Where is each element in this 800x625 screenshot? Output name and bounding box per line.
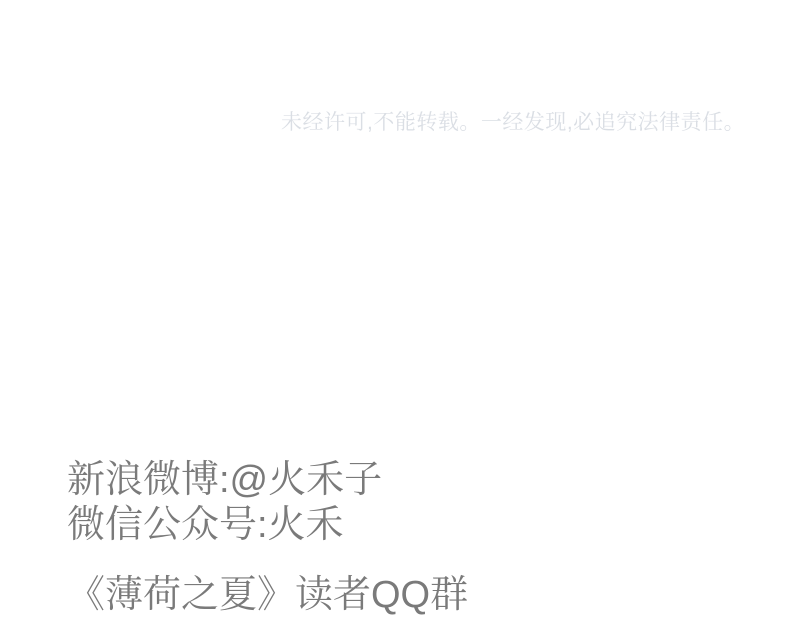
credits-block: 新浪微博:@火禾子 微信公众号:火禾 《薄荷之夏》读者QQ群	[67, 458, 468, 618]
copyright-watermark-text: 未经许可,不能转载。一经发现,必追究法律责任。	[281, 109, 745, 137]
wechat-credit-line: 微信公众号:火禾	[67, 503, 468, 548]
weibo-credit-line: 新浪微博:@火禾子	[67, 458, 468, 503]
qq-group-credit-line: 《薄荷之夏》读者QQ群	[67, 573, 468, 618]
comic-credits-page: 未经许可,不能转载。一经发现,必追究法律责任。 新浪微博:@火禾子 微信公众号:…	[0, 0, 800, 625]
